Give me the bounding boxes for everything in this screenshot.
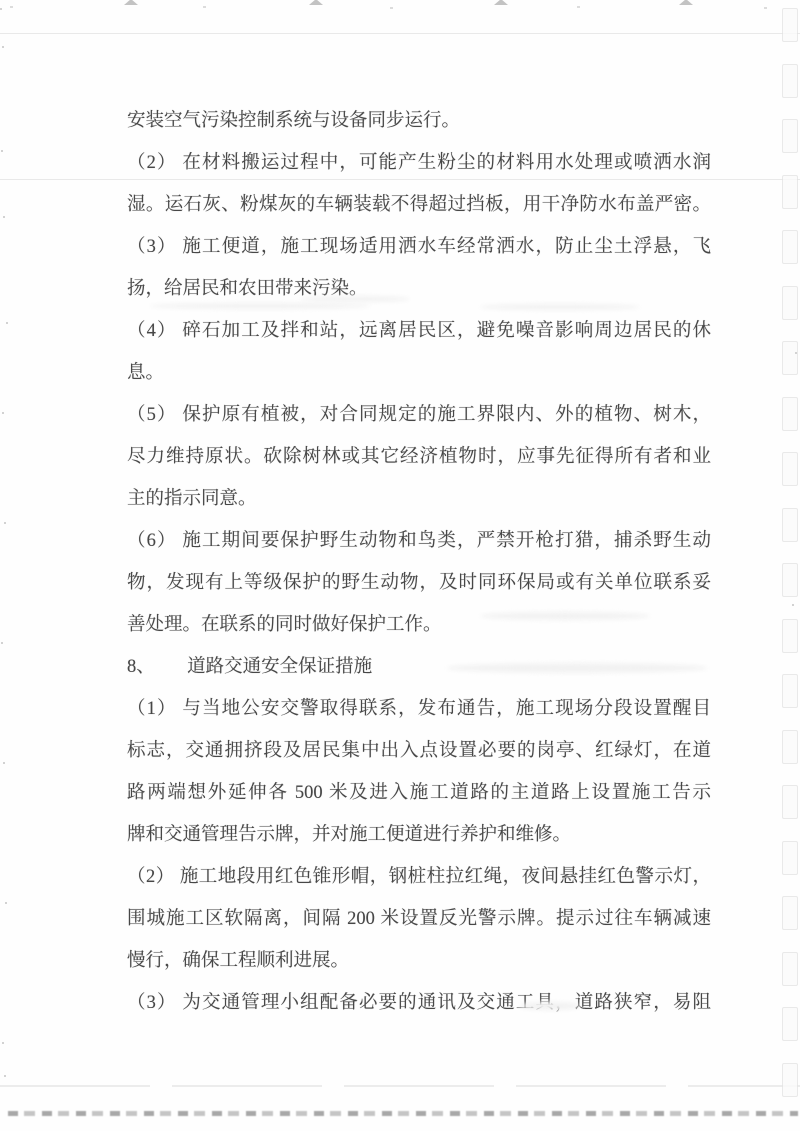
scan-mark-triangle-icon xyxy=(309,0,323,5)
binder-hole xyxy=(782,175,798,209)
text-line: （5） 保护原有植被，对合同规定的施工界限内、外的植物、树木， xyxy=(127,394,711,436)
text-line: （2） 在材料搬运过程中，可能产生粉尘的材料用水处理或喷洒水润 xyxy=(127,142,711,184)
scan-speckle xyxy=(795,352,797,354)
text-line: （2） 施工地段用红色锥形帽，钢桩柱拉红绳，夜间悬挂红色警示灯， xyxy=(127,856,711,898)
binder-hole xyxy=(782,841,798,875)
scan-hairline xyxy=(0,33,800,34)
binder-hole xyxy=(782,1063,798,1097)
binder-hole xyxy=(782,952,798,986)
scan-smudge xyxy=(150,303,370,309)
scan-dot xyxy=(203,6,206,8)
text-line: 慢行，确保工程顺利进展。 xyxy=(127,940,711,982)
text-line: 牌和交通管理告示牌，并对施工便道进行养护和维修。 xyxy=(127,814,711,856)
binder-hole xyxy=(782,896,798,930)
binder-hole xyxy=(782,230,798,264)
binder-hole xyxy=(782,8,798,42)
scan-smudge xyxy=(447,663,707,673)
scan-mark-triangle-icon xyxy=(494,0,508,5)
binder-hole xyxy=(782,1007,798,1041)
binder-hole xyxy=(782,730,798,764)
scan-speckle xyxy=(792,604,794,606)
scan-mark-triangle-icon xyxy=(679,0,693,5)
scan-speckle xyxy=(2,46,4,48)
binder-hole xyxy=(782,508,798,542)
binder-hole xyxy=(782,64,798,98)
scan-dot xyxy=(390,7,393,9)
text-block: 安装空气污染控制系统与设备同步运行。（2） 在材料搬运过程中，可能产生粉尘的材料… xyxy=(127,100,711,1024)
scan-speckle xyxy=(4,522,6,524)
text-line: 湿。运石灰、粉煤灰的车辆装载不得超过挡板，用干净防水布盖严密。 xyxy=(127,184,711,226)
screenshot-root: { "page": { "width": 800, "height": 1131… xyxy=(0,0,800,1131)
text-line: （3） 为交通管理小组配备必要的通讯及交通工具，道路狭窄，易阻 xyxy=(127,982,711,1024)
scan-speckle xyxy=(1,642,3,644)
binder-hole xyxy=(782,563,798,597)
scanned-page: 安装空气污染控制系统与设备同步运行。（2） 在材料搬运过程中，可能产生粉尘的材料… xyxy=(0,0,800,1131)
text-line: 物，发现有上等级保护的野生动物，及时同环保局或有关单位联系妥 xyxy=(127,562,711,604)
scan-speckle xyxy=(4,1075,6,1077)
binder-hole xyxy=(782,619,798,653)
scan-smudge xyxy=(480,304,640,310)
text-line: 围城施工区软隔离，间隔 200 米设置反光警示牌。提示过往车辆减速 xyxy=(127,898,711,940)
binder-hole xyxy=(782,119,798,153)
text-line: （4） 碎石加工及拌和站，远离居民区，避免噪音影响周边居民的休 xyxy=(127,310,711,352)
binder-hole xyxy=(782,341,798,375)
binder-hole xyxy=(782,397,798,431)
scan-speckle xyxy=(2,412,4,414)
scan-hairline-bottom xyxy=(0,1085,800,1087)
text-line: 尽力维持原状。砍除树林或其它经济植物时，应事先征得所有者和业 xyxy=(127,436,711,478)
text-line: 路两端想外延伸各 500 米及进入施工道路的主道路上设置施工告示 xyxy=(127,772,711,814)
scan-hairline xyxy=(0,179,800,180)
scan-smudge xyxy=(520,1002,580,1010)
scan-dot xyxy=(764,7,767,9)
binder-hole xyxy=(782,674,798,708)
scan-speckle xyxy=(5,902,7,904)
text-line: （3） 施工便道，施工现场适用洒水车经常洒水，防止尘土浮悬，飞 xyxy=(127,226,711,268)
text-line: 善处理。在联系的同时做好保护工作。 xyxy=(127,604,711,646)
scan-smudge xyxy=(480,612,650,620)
scan-dot xyxy=(10,6,13,8)
scan-speckle xyxy=(0,8,2,10)
scan-speckle xyxy=(3,216,5,218)
binder-hole xyxy=(782,785,798,819)
text-line: 安装空气污染控制系统与设备同步运行。 xyxy=(127,100,711,142)
scan-speckle xyxy=(6,322,8,324)
binder-hole xyxy=(782,286,798,320)
text-line: 主的指示同意。 xyxy=(127,478,711,520)
binder-hole xyxy=(782,452,798,486)
text-line: 息。 xyxy=(127,352,711,394)
text-line: （1） 与当地公安交警取得联系，发布通告，施工现场分段设置醒目 xyxy=(127,688,711,730)
text-line: 标志，交通拥挤段及居民集中出入点设置必要的岗亭、红绿灯，在道 xyxy=(127,730,711,772)
scan-speckle xyxy=(3,762,5,764)
scan-dot xyxy=(577,6,580,8)
page-bottom-edge xyxy=(8,1111,798,1116)
text-line: （6） 施工期间要保护野生动物和鸟类，严禁开枪打猎，捕杀野生动 xyxy=(127,520,711,562)
scan-mark-triangle-icon xyxy=(124,0,138,5)
scan-speckle xyxy=(2,1042,4,1044)
scan-speckle xyxy=(1,150,3,152)
scan-smudge xyxy=(300,296,410,302)
